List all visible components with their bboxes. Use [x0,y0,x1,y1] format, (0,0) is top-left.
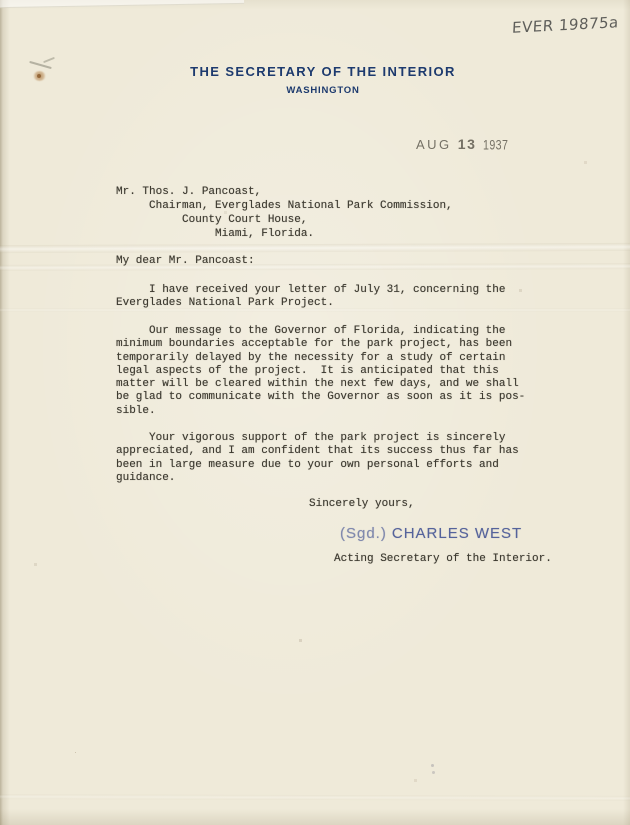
paper-crease [0,243,630,253]
letterhead-city: WASHINGTON [16,85,630,96]
text-line: Miami, Florida. [116,227,453,241]
signer-title: Acting Secretary of the Interior. [334,553,552,566]
text-line: temporarily delayed by the necessity for… [116,352,525,365]
text-line: be glad to communicate with the Governor… [116,391,525,404]
pencil-scribble [43,57,55,63]
text-line: Everglades National Park Project. [116,297,505,310]
text-line: sible. [116,405,525,418]
salutation: My dear Mr. Pancoast: [116,255,255,268]
text-line: Chairman, Everglades National Park Commi… [116,199,453,213]
text-line: minimum boundaries acceptable for the pa… [116,338,525,351]
text-line: appreciated, and I am confident that its… [116,445,519,458]
text-line: Mr. Thos. J. Pancoast, [116,185,453,199]
paper-crease [0,794,630,801]
paper-top-edge [0,0,244,8]
text-line: County Court House, [116,213,453,227]
faint-pencil-mark [431,764,434,767]
date-stamp-year: 1937 [483,136,508,152]
recipient-address-block: Mr. Thos. J. Pancoast, Chairman, Evergla… [116,185,453,241]
text-line: legal aspects of the project. It is anti… [116,365,525,378]
paragraph-2: Our message to the Governor of Florida, … [116,325,525,418]
text-line: matter will be cleared within the next f… [116,378,525,391]
text-line: been in large measure due to your own pe… [116,459,519,472]
paper-crease [0,263,630,271]
text-line: guidance. [116,472,519,485]
archive-code-handwritten: EVER 19875a [512,13,620,37]
paper-speckles [75,752,76,753]
date-stamp: AUG 13 1937 [416,136,513,152]
text-line: Your vigorous support of the park projec… [116,432,519,445]
signature-prefix: (Sgd.) [340,525,387,542]
date-stamp-month: AUG [416,137,452,152]
valediction: Sincerely yours, [309,498,415,511]
paragraph-1: I have received your letter of July 31, … [116,284,505,311]
scanned-letter-page: EVER 19875a THE SECRETARY OF THE INTERIO… [0,0,630,825]
letterhead-title: THE SECRETARY OF THE INTERIOR [16,64,630,79]
text-line: Our message to the Governor of Florida, … [116,325,525,338]
signature-stamp: (Sgd.)CHARLES WEST [340,525,522,542]
letterhead: THE SECRETARY OF THE INTERIOR WASHINGTON [0,64,630,96]
text-line: I have received your letter of July 31, … [116,284,505,297]
date-stamp-day: 13 [458,136,477,152]
paragraph-3: Your vigorous support of the park projec… [116,432,519,485]
signature-name: CHARLES WEST [392,525,522,542]
